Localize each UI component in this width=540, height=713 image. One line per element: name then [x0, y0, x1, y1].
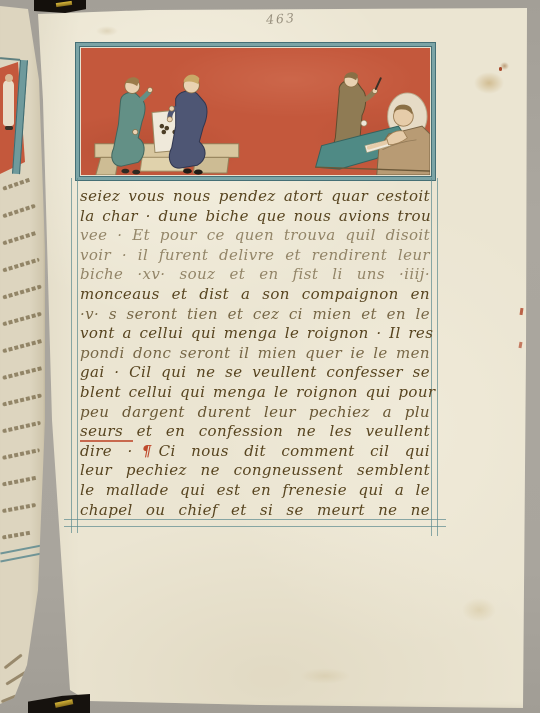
parchment-stain	[300, 668, 350, 684]
manuscript-text-line: gai · Cil qui ne se veullent confesser s…	[80, 363, 430, 383]
miniature-frame	[75, 42, 436, 181]
manuscript-text-line: voir · il furent delivre et rendirent le…	[80, 246, 430, 266]
facing-frame-top	[0, 57, 20, 61]
facing-text-fragment-line	[2, 366, 43, 379]
ruling-line-right-outer	[437, 178, 438, 536]
text-block: seiez vous nous pendez atort quar cestoi…	[80, 187, 430, 525]
manuscript-text-line: chapel ou chief et si se meurt ne ne	[80, 501, 430, 521]
facing-figure	[3, 80, 14, 126]
manuscript-text-line: peu dargent durent leur pechiez a plu	[80, 403, 430, 423]
miniature-painting	[81, 48, 430, 175]
facing-figure-head	[5, 74, 13, 82]
facing-text-fragment-line	[2, 503, 36, 513]
scene-two-seated-men-with-board	[95, 75, 239, 175]
manuscript-text-line: ·v· s seront tien et cez ci mien et en l…	[80, 305, 430, 325]
manuscript-text-line: dire ·¶Ci nous dit comment cil qui	[80, 442, 430, 462]
parchment-stain	[474, 72, 504, 94]
miniature-scenes	[81, 48, 430, 175]
facing-text-fragment-line	[2, 448, 40, 459]
folio-number: 463	[266, 10, 297, 27]
ruling-line-bottom-lower	[64, 526, 446, 527]
manuscript-text-line: leur pechiez ne congneussent semblent	[80, 461, 430, 481]
facing-text-fragment-line	[2, 231, 37, 245]
facing-cursive-note	[4, 653, 23, 669]
miniature-inner-frame	[79, 46, 432, 177]
facing-text-fragment-line	[2, 339, 43, 353]
fore-edge-red-mark	[519, 342, 523, 348]
red-ink-speck	[499, 67, 502, 71]
ruling-line-left-outer	[71, 178, 72, 533]
facing-cursive-note	[1, 688, 33, 703]
manuscript-text-line: vee · Et pour ce quen trouva quil disoit	[80, 226, 430, 246]
facing-text-fragment-line	[2, 204, 35, 218]
parchment-stain	[462, 598, 496, 622]
parchment-stain	[96, 26, 118, 36]
facing-text-fragment-line	[2, 393, 42, 406]
facing-cursive-note	[5, 669, 28, 685]
manuscript-text-line: seurs et en confession ne les veullent	[80, 422, 430, 442]
digitized-manuscript-scan: { "page": { "folio_number": "463" }, "te…	[0, 0, 540, 713]
manuscript-text-line: la char · dune biche que nous avions tro…	[80, 207, 430, 227]
ruling-line-left-inner	[77, 178, 78, 533]
facing-text-fragment-line	[2, 177, 32, 190]
facing-text-fragment-line	[2, 476, 38, 486]
fore-edge-red-mark	[520, 308, 524, 315]
manuscript-text-line: le mallade qui est en frenesie qui a le	[80, 481, 430, 501]
facing-text-fragment-line	[2, 312, 41, 326]
manuscript-text-line: pondi donc seront il mien quer ie le men	[80, 344, 430, 364]
facing-figure-feet	[5, 126, 13, 130]
manuscript-text-line: monceaus et dist a son compaignon en	[80, 285, 430, 305]
facing-text-fragment-line	[2, 258, 39, 272]
facing-text-fragment-line	[2, 421, 41, 433]
scene-sick-man-in-bed	[316, 72, 430, 175]
ruling-line-right-inner	[431, 178, 432, 536]
manuscript-page: 463	[0, 0, 540, 713]
facing-text-fragment-line	[2, 284, 41, 299]
manuscript-text-line: biche ·xv· souz et en fist li uns ·iiij·	[80, 265, 430, 285]
rubric-paragraph-mark: ¶	[142, 442, 152, 460]
facing-page-sliver	[0, 0, 50, 713]
manuscript-text-line: seiez vous nous pendez atort quar cestoi…	[80, 187, 430, 207]
facing-text-fragments	[0, 182, 50, 562]
manuscript-text-line: blent cellui qui menga le roignon qui po…	[80, 383, 430, 403]
facing-text-fragment-line	[2, 530, 32, 539]
manuscript-text-line: vont a cellui qui menga le roignon · Il …	[80, 324, 430, 344]
